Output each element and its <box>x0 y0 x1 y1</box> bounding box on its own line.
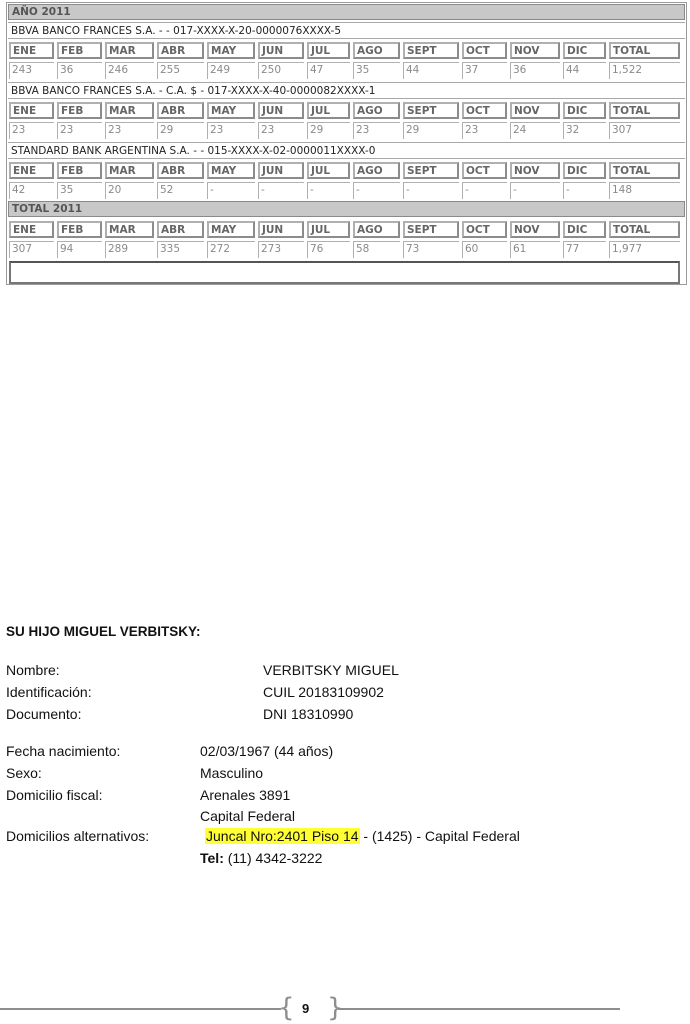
value-cell: 76 <box>307 241 350 258</box>
month-header-cell: JUL <box>307 42 350 59</box>
month-header-cell: ABR <box>157 221 204 238</box>
value-cell: 44 <box>403 62 459 79</box>
value-cell: 250 <box>258 62 304 79</box>
month-header-cell: MAR <box>105 221 154 238</box>
value-cell: 73 <box>403 241 459 258</box>
month-header-cell: SEPT <box>403 42 459 59</box>
telephone: Tel: (11) 4342-3222 <box>200 850 322 866</box>
value-cell: 23 <box>9 122 54 139</box>
month-header-cell: MAY <box>207 102 255 119</box>
field-value: Masculino <box>200 765 263 781</box>
month-header-cell: SEPT <box>403 221 459 238</box>
month-header-cell: FEB <box>57 162 102 179</box>
address-rest: - (1425) - Capital Federal <box>360 828 520 844</box>
value-cell: 255 <box>157 62 204 79</box>
month-header-cell: TOTAL <box>609 42 680 59</box>
month-header-cell: DIC <box>563 102 606 119</box>
value-cell: 335 <box>157 241 204 258</box>
value-cell: 58 <box>353 241 400 258</box>
value-cell: - <box>510 182 560 199</box>
month-header-cell: FEB <box>57 42 102 59</box>
month-header-cell: ENE <box>9 221 54 238</box>
month-header-cell: AGO <box>353 162 400 179</box>
value-cell: 273 <box>258 241 304 258</box>
month-header-cell: JUN <box>258 221 304 238</box>
month-header-cell: JUL <box>307 221 350 238</box>
month-header-cell: TOTAL <box>609 102 680 119</box>
value-cell: 29 <box>307 122 350 139</box>
value-cell: 23 <box>57 122 102 139</box>
month-header-cell: JUN <box>258 42 304 59</box>
page-number: 9 <box>302 1001 309 1016</box>
value-cell: - <box>307 182 350 199</box>
value-cell: 42 <box>9 182 54 199</box>
left-brace-icon: { <box>278 994 295 1022</box>
month-header-cell: DIC <box>563 221 606 238</box>
field-value: Arenales 3891 <box>200 787 290 803</box>
month-header-cell: OCT <box>462 42 507 59</box>
value-cell: 52 <box>157 182 204 199</box>
account-name: STANDARD BANK ARGENTINA S.A. - - 015-XXX… <box>8 142 685 159</box>
value-cell: - <box>353 182 400 199</box>
value-cell: 1,977 <box>609 241 680 258</box>
field-value: 02/03/1967 (44 años) <box>200 743 333 759</box>
value-cell: 148 <box>609 182 680 199</box>
value-cell: 44 <box>563 62 606 79</box>
value-cell: - <box>462 182 507 199</box>
month-header-cell: ENE <box>9 42 54 59</box>
month-header-cell: TOTAL <box>609 221 680 238</box>
field-value: CUIL 20183109902 <box>263 684 384 700</box>
month-header-cell: ENE <box>9 162 54 179</box>
month-header-cell: NOV <box>510 42 560 59</box>
value-cell: 77 <box>563 241 606 258</box>
value-cell: 37 <box>462 62 507 79</box>
accounts-table: AÑO 2011 BBVA BANCO FRANCES S.A. - - 017… <box>6 2 687 285</box>
value-cell: 32 <box>563 122 606 139</box>
month-header-cell: MAR <box>105 42 154 59</box>
footer-rule-right <box>338 1008 620 1010</box>
value-cell: - <box>258 182 304 199</box>
year-header: AÑO 2011 <box>8 4 685 20</box>
value-cell: 23 <box>462 122 507 139</box>
total-header: TOTAL 2011 <box>8 201 685 217</box>
month-header-cell: AGO <box>353 221 400 238</box>
value-cell: 249 <box>207 62 255 79</box>
value-cell: 60 <box>462 241 507 258</box>
value-cell: - <box>403 182 459 199</box>
value-cell: 289 <box>105 241 154 258</box>
month-header-cell: JUL <box>307 162 350 179</box>
value-cell: 307 <box>609 122 680 139</box>
value-cell: 23 <box>207 122 255 139</box>
month-header-cell: MAY <box>207 162 255 179</box>
month-header-cell: MAR <box>105 162 154 179</box>
value-cell: 35 <box>57 182 102 199</box>
month-header-cell: NOV <box>510 162 560 179</box>
month-header-cell: JUN <box>258 162 304 179</box>
value-cell: 29 <box>157 122 204 139</box>
tel-value: (11) 4342-3222 <box>224 850 323 866</box>
month-header-cell: FEB <box>57 102 102 119</box>
empty-box <box>9 261 680 284</box>
month-header-cell: FEB <box>57 221 102 238</box>
month-header-cell: DIC <box>563 42 606 59</box>
month-header-cell: OCT <box>462 162 507 179</box>
month-header-cell: MAY <box>207 221 255 238</box>
field-label: Documento: <box>6 706 81 722</box>
footer-rule-left <box>0 1008 281 1010</box>
field-label: Sexo: <box>6 765 42 781</box>
month-header-cell: ABR <box>157 102 204 119</box>
value-cell: 20 <box>105 182 154 199</box>
value-cell: 47 <box>307 62 350 79</box>
value-cell: 1,522 <box>609 62 680 79</box>
value-cell: 23 <box>105 122 154 139</box>
tel-label: Tel: <box>200 850 224 866</box>
month-header-cell: AGO <box>353 102 400 119</box>
value-cell: 23 <box>353 122 400 139</box>
month-header-cell: JUN <box>258 102 304 119</box>
field-label: Fecha nacimiento: <box>6 743 120 759</box>
value-cell: 272 <box>207 241 255 258</box>
value-cell: 29 <box>403 122 459 139</box>
value-cell: 36 <box>57 62 102 79</box>
value-cell: 246 <box>105 62 154 79</box>
value-cell: 94 <box>57 241 102 258</box>
field-value: VERBITSKY MIGUEL <box>263 662 399 678</box>
value-cell: 61 <box>510 241 560 258</box>
value-cell: 36 <box>510 62 560 79</box>
field-label: Domicilios alternativos: <box>6 828 149 844</box>
field-value: DNI 18310990 <box>263 706 353 722</box>
alt-address: Juncal Nro:2401 Piso 14 - (1425) - Capit… <box>205 828 520 844</box>
field-label: Domicilio fiscal: <box>6 787 102 803</box>
month-header-cell: MAR <box>105 102 154 119</box>
section-heading: SU HIJO MIGUEL VERBITSKY: <box>6 624 201 639</box>
month-header-cell: AGO <box>353 42 400 59</box>
month-header-cell: JUL <box>307 102 350 119</box>
month-header-cell: OCT <box>462 102 507 119</box>
month-header-cell: SEPT <box>403 162 459 179</box>
value-cell: 23 <box>258 122 304 139</box>
account-name: BBVA BANCO FRANCES S.A. - - 017-XXXX-X-2… <box>8 22 685 39</box>
month-header-cell: ABR <box>157 162 204 179</box>
month-header-cell: NOV <box>510 102 560 119</box>
month-header-cell: ABR <box>157 42 204 59</box>
value-cell: 307 <box>9 241 54 258</box>
field-label: Identificación: <box>6 684 92 700</box>
month-header-cell: TOTAL <box>609 162 680 179</box>
month-header-cell: ENE <box>9 102 54 119</box>
month-header-cell: NOV <box>510 221 560 238</box>
month-header-cell: MAY <box>207 42 255 59</box>
field-value: Capital Federal <box>200 808 295 824</box>
account-name: BBVA BANCO FRANCES S.A. - C.A. $ - 017-X… <box>8 82 685 99</box>
value-cell: 24 <box>510 122 560 139</box>
field-label: Nombre: <box>6 662 60 678</box>
highlighted-address: Juncal Nro:2401 Piso 14 <box>205 828 360 844</box>
month-header-cell: OCT <box>462 221 507 238</box>
value-cell: 35 <box>353 62 400 79</box>
month-header-cell: DIC <box>563 162 606 179</box>
value-cell: - <box>207 182 255 199</box>
month-header-cell: SEPT <box>403 102 459 119</box>
value-cell: 243 <box>9 62 54 79</box>
value-cell: - <box>563 182 606 199</box>
